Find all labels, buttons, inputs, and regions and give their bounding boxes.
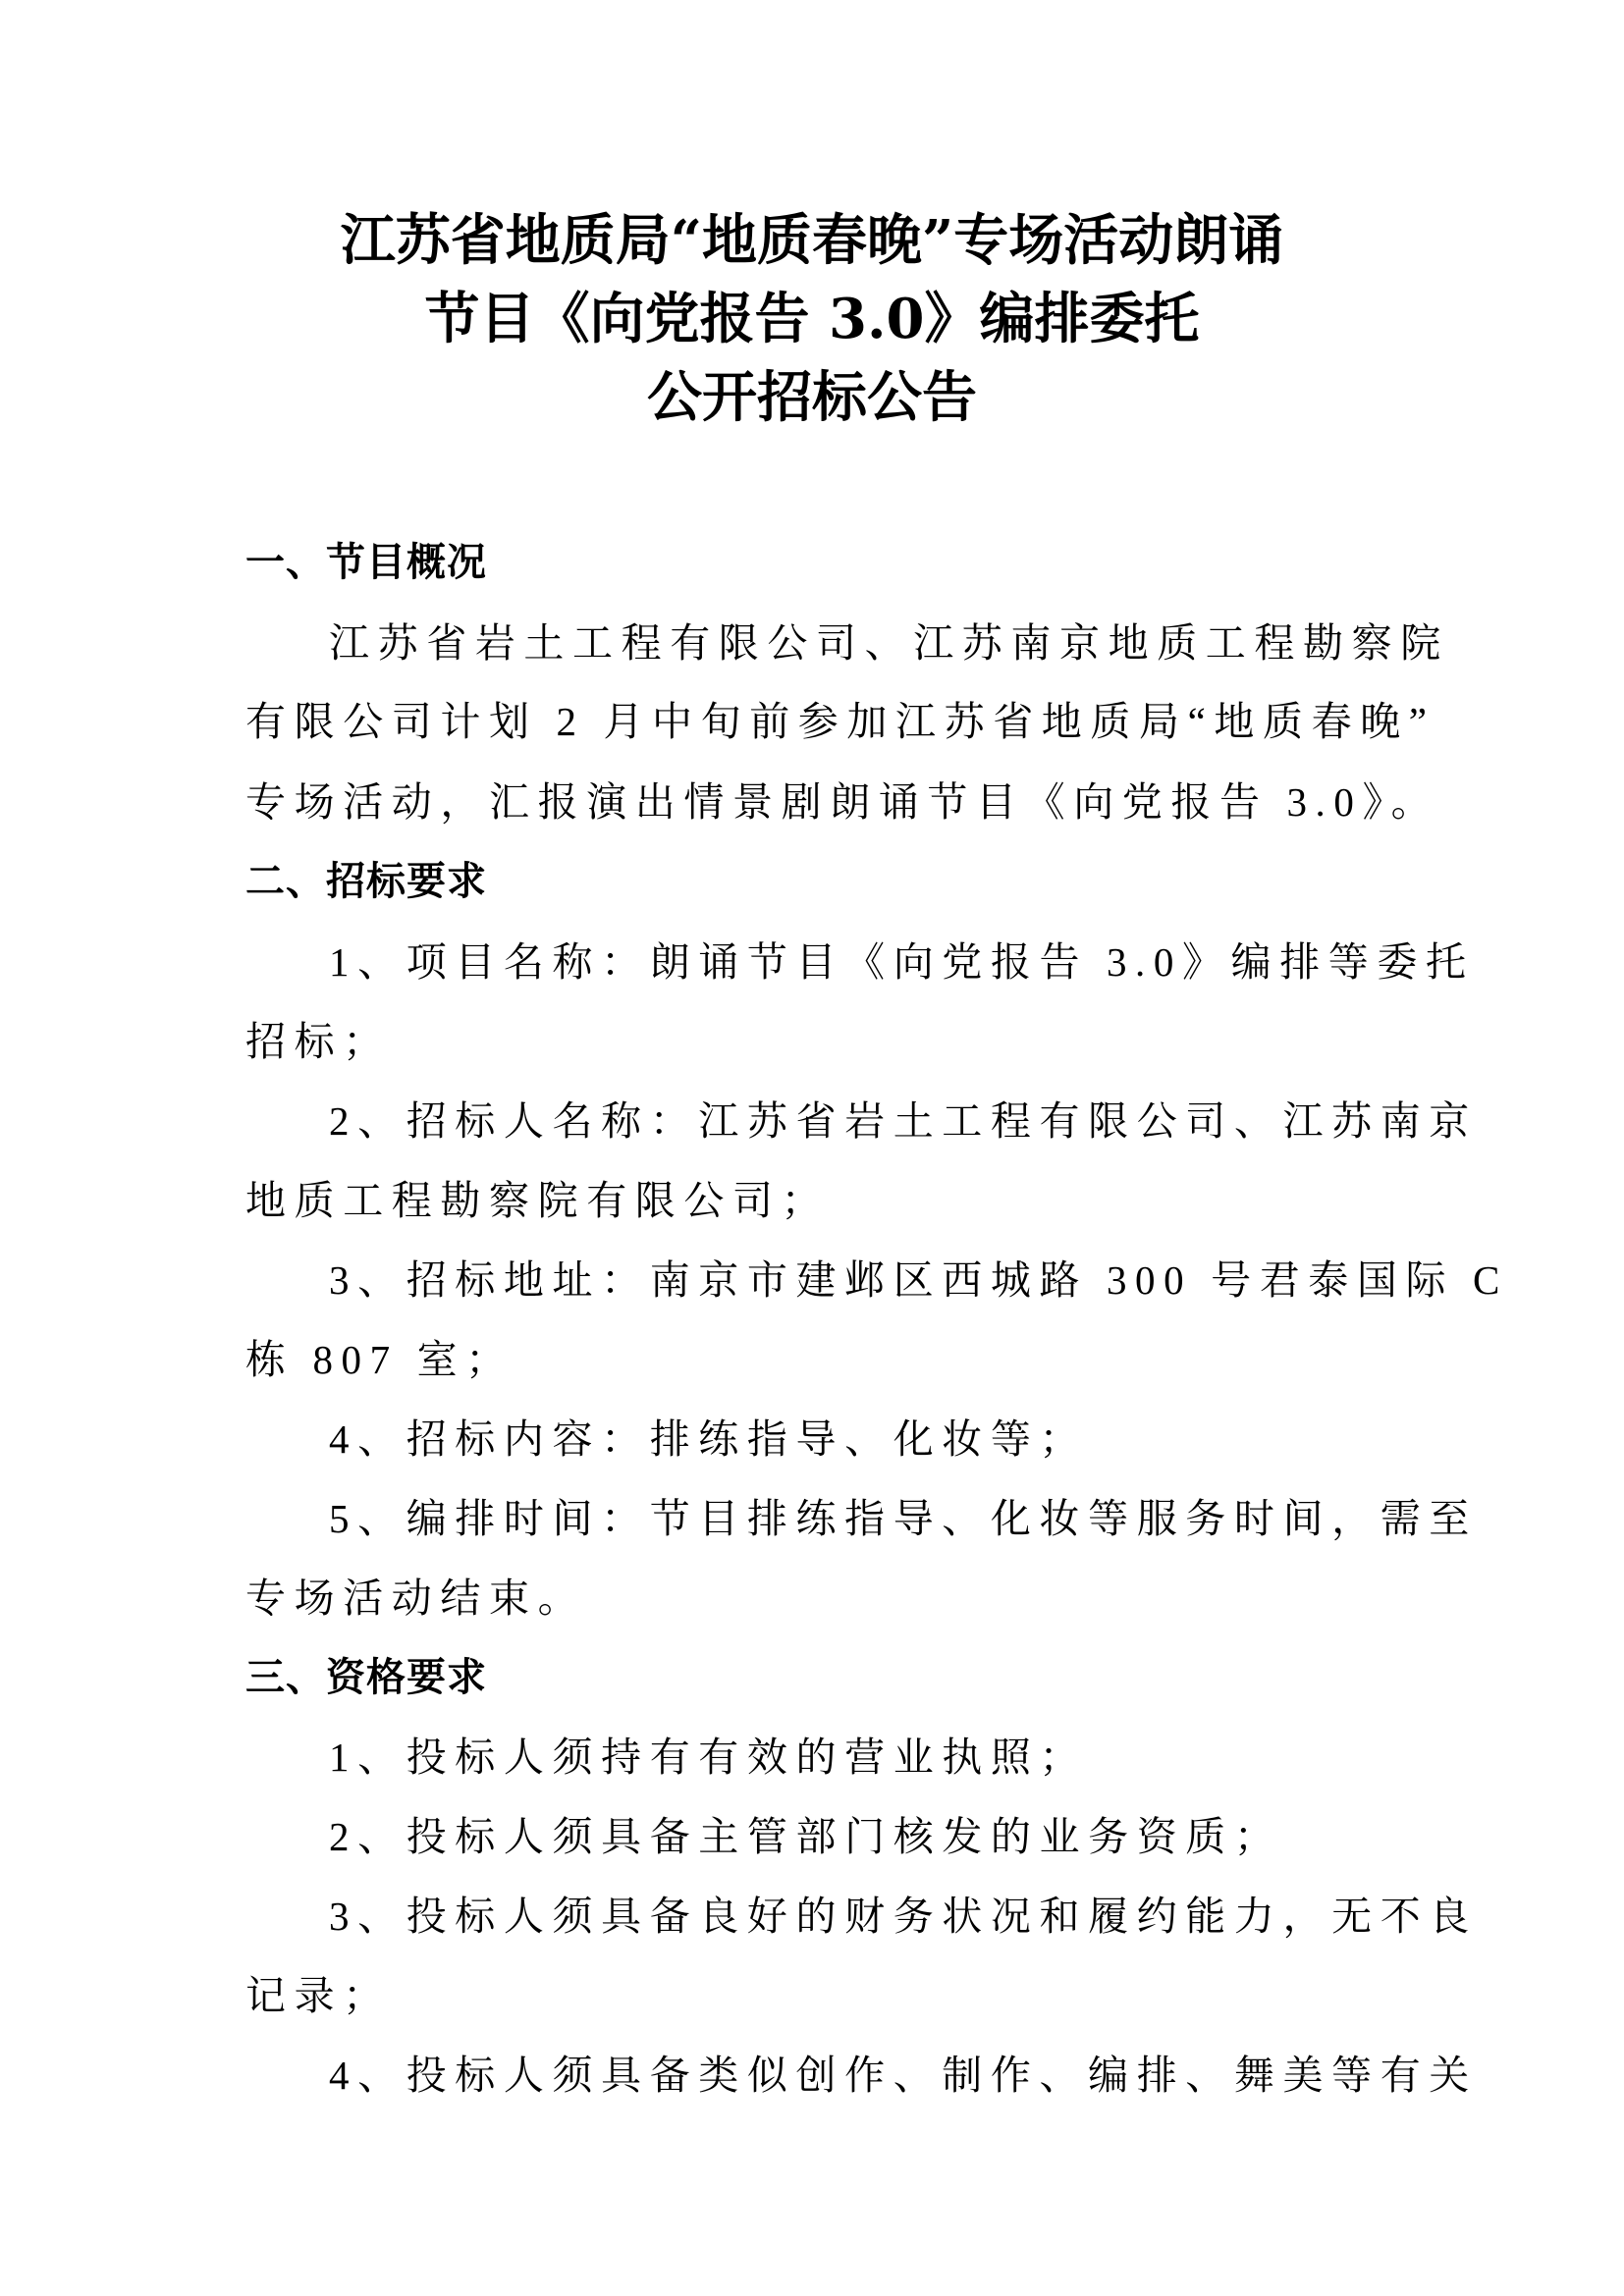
list-item-continuation: 招标； xyxy=(245,1017,1384,1066)
title-line-2: 节目《向党报告 3.0》编排委托 xyxy=(245,280,1379,358)
title-line-1: 江苏省地质局“地质春晚”专场活动朗诵 xyxy=(245,201,1379,280)
list-item: 3、招标地址：南京市建邺区西城路 300 号君泰国际 C xyxy=(329,1255,1384,1305)
list-item-continuation: 栋 807 室； xyxy=(245,1335,1384,1384)
list-item: 4、招标内容：排练指导、化妆等； xyxy=(329,1415,1384,1464)
list-item-continuation: 记录； xyxy=(245,1971,1384,2020)
list-item-continuation: 地质工程勘察院有限公司； xyxy=(245,1176,1384,1225)
paragraph-line: 专场活动，汇报演出情景剧朗诵节目《向党报告 3.0》。 xyxy=(245,777,1384,827)
paragraph-line: 有限公司计划 2 月中旬前参加江苏省地质局“地质春晚” xyxy=(245,697,1384,746)
title-line-3: 公开招标公告 xyxy=(245,358,1379,437)
list-item: 2、招标人名称：江苏省岩土工程有限公司、江苏南京 xyxy=(329,1096,1384,1146)
list-item-continuation: 专场活动结束。 xyxy=(245,1574,1384,1623)
list-item: 1、投标人须持有有效的营业执照； xyxy=(329,1733,1384,1782)
list-item: 4、投标人须具备类似创作、制作、编排、舞美等有关 xyxy=(329,2051,1384,2100)
list-item: 3、投标人须具备良好的财务状况和履约能力，无不良 xyxy=(329,1892,1384,1941)
document-title: 江苏省地质局“地质春晚”专场活动朗诵 节目《向党报告 3.0》编排委托 公开招标… xyxy=(245,201,1379,437)
list-item: 2、投标人须具备主管部门核发的业务资质； xyxy=(329,1812,1384,1861)
list-item: 5、编排时间：节目排练指导、化妆等服务时间，需至 xyxy=(329,1494,1384,1543)
document-page: 江苏省地质局“地质春晚”专场活动朗诵 节目《向党报告 3.0》编排委托 公开招标… xyxy=(0,0,1624,2296)
paragraph-line: 江苏省岩土工程有限公司、江苏南京地质工程勘察院 xyxy=(329,618,1384,667)
section-heading-requirements: 二、招标要求 xyxy=(245,857,1384,906)
section-heading-overview: 一、节目概况 xyxy=(245,538,1384,587)
list-item: 1、项目名称：朗诵节目《向党报告 3.0》编排等委托 xyxy=(329,937,1384,987)
section-heading-qualifications: 三、资格要求 xyxy=(245,1653,1384,1702)
